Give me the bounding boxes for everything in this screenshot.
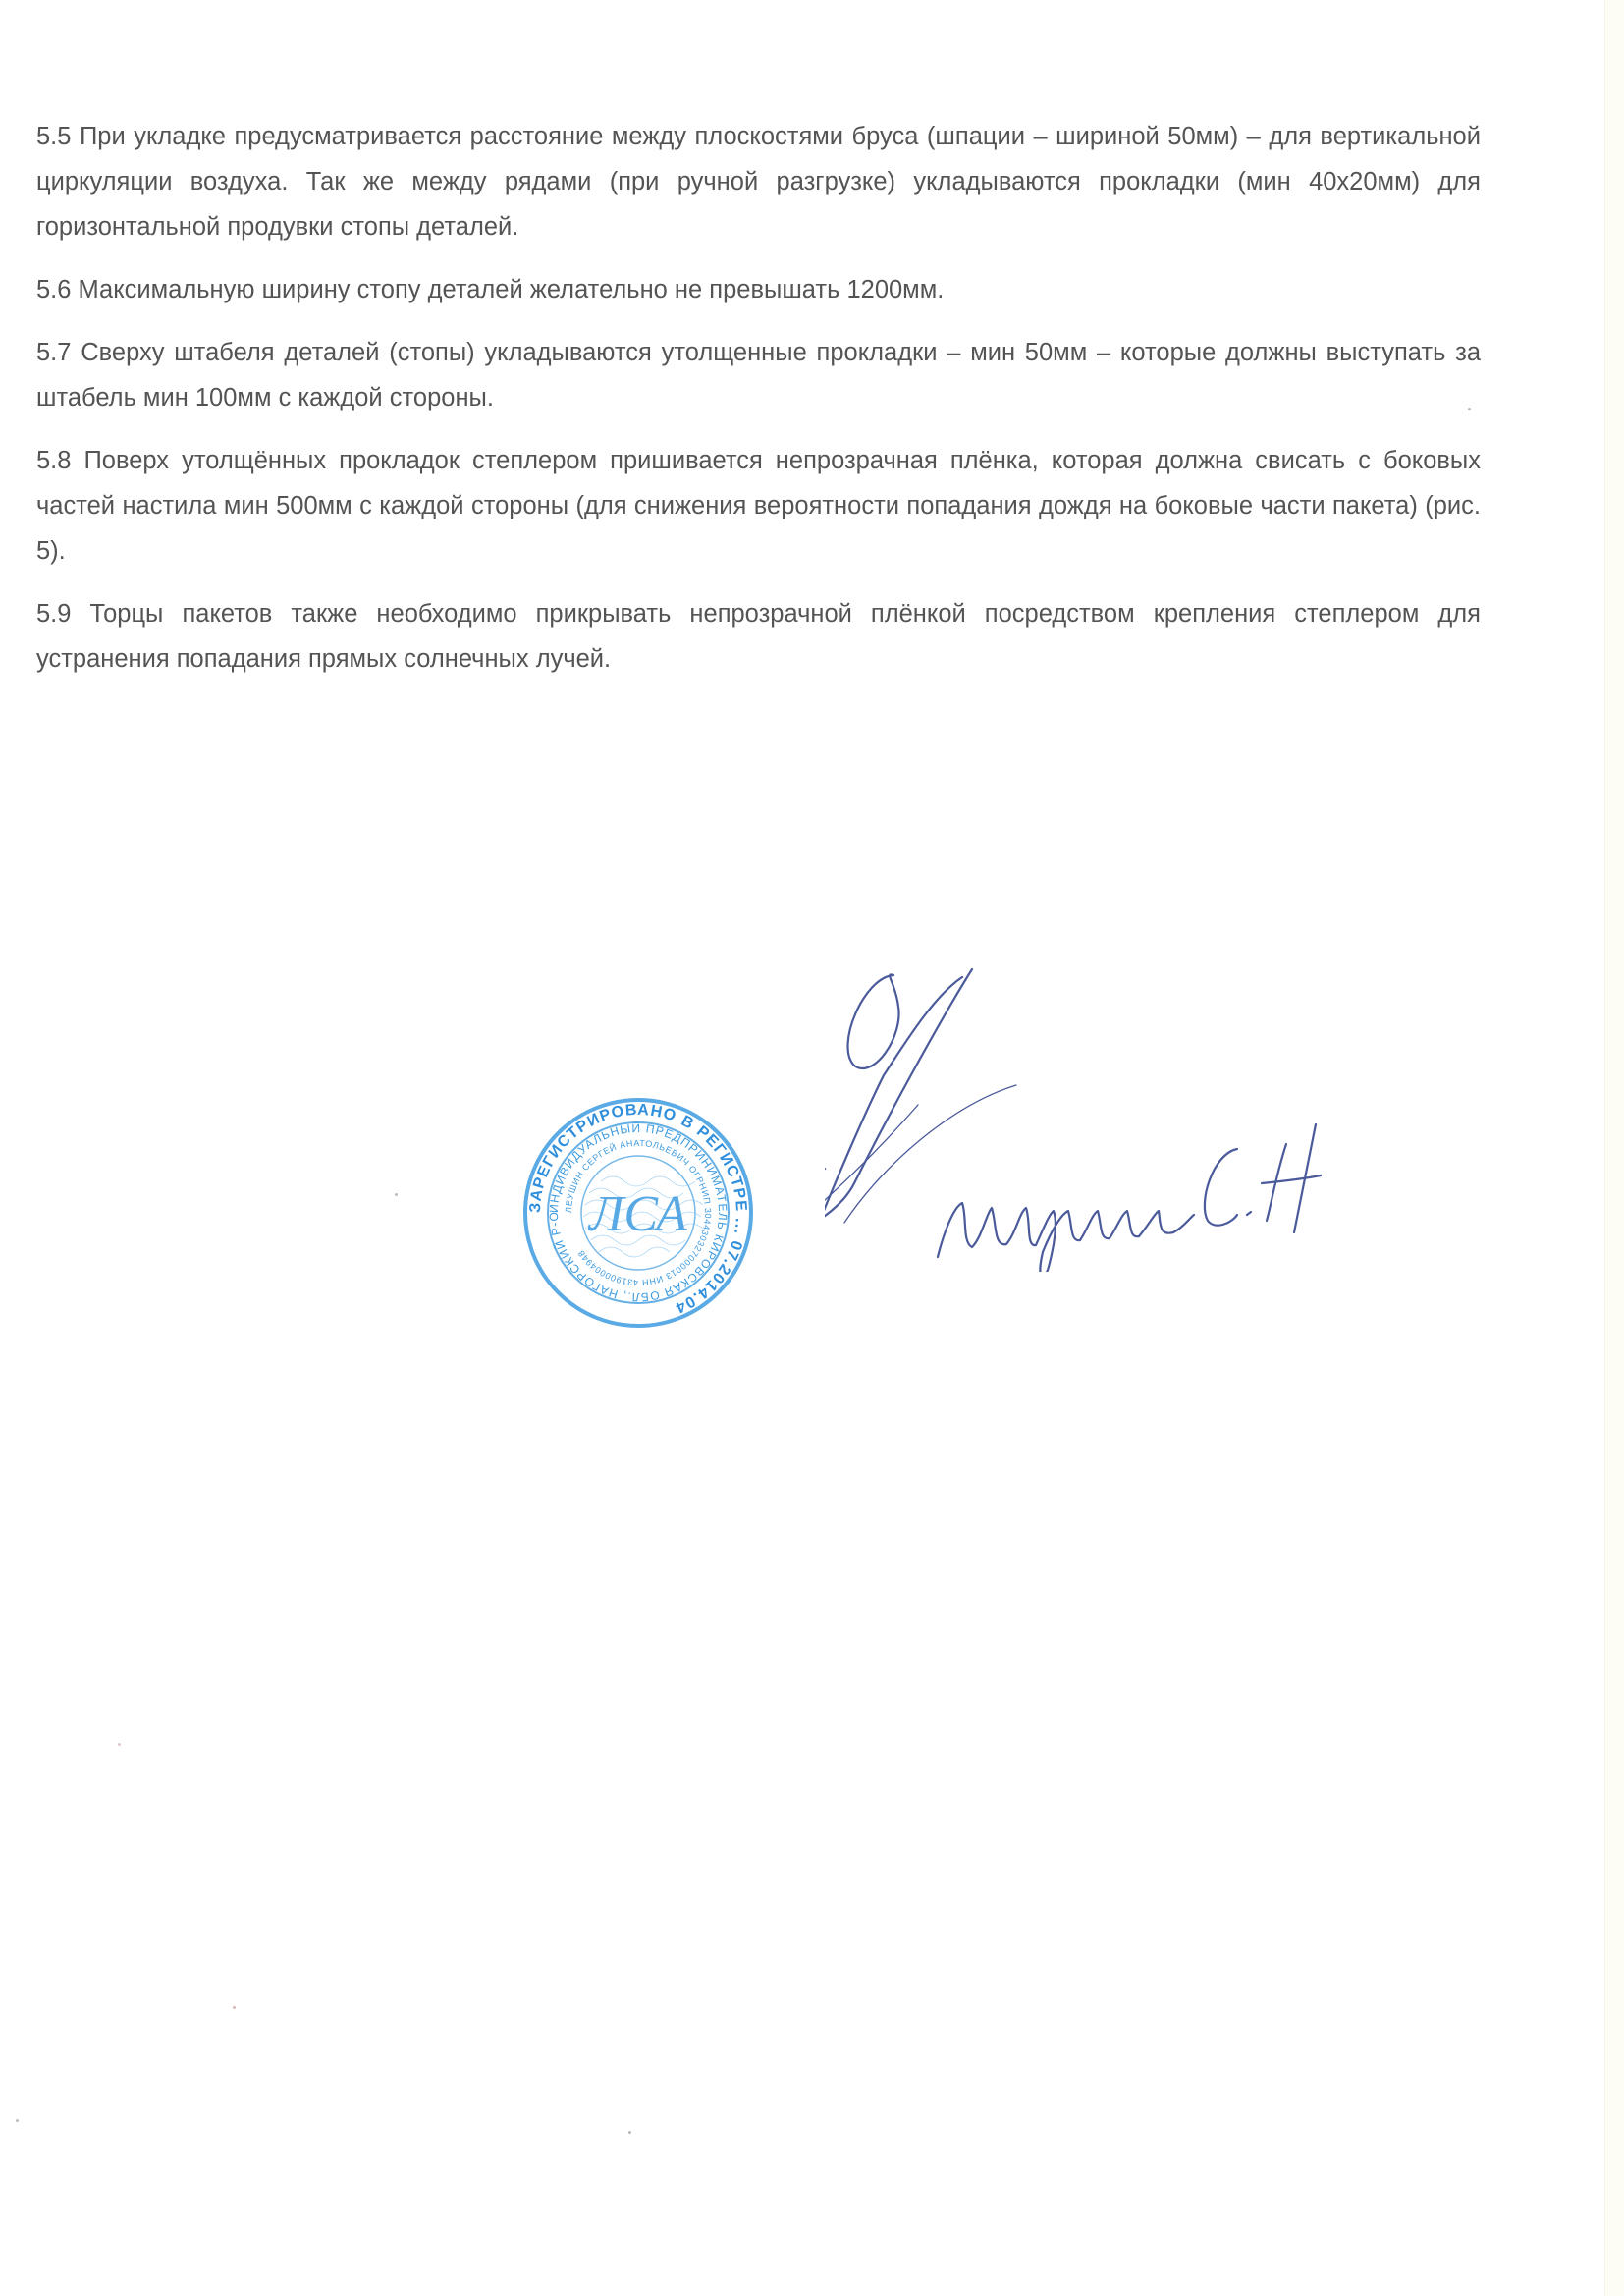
paragraph-5-8: 5.8 Поверх утолщённых прокладок степлеро… [36, 438, 1481, 574]
scan-speck [118, 1743, 121, 1746]
signature-icon [825, 957, 1532, 1272]
scan-edge [1604, 0, 1624, 2296]
scan-speck [395, 1193, 398, 1196]
document-body: 5.5 При укладке предусматривается рассто… [36, 114, 1481, 699]
paragraph-5-5: 5.5 При укладке предусматривается рассто… [36, 114, 1481, 249]
paragraph-5-7: 5.7 Сверху штабеля деталей (стопы) уклад… [36, 330, 1481, 420]
scan-speck [16, 2119, 19, 2122]
paragraph-5-6: 5.6 Максимальную ширину стопу деталей же… [36, 267, 1481, 312]
company-stamp-icon: ЗАРЕГИСТРИРОВАНО В РЕГИСТРЕ ... 07.2014.… [520, 1095, 756, 1331]
paragraph-5-9: 5.9 Торцы пакетов также необходимо прикр… [36, 591, 1481, 682]
stamp-monogram: ЛСА [587, 1186, 687, 1242]
scan-speck [628, 2131, 631, 2134]
scan-speck [233, 2006, 236, 2009]
scan-speck [1468, 408, 1471, 410]
